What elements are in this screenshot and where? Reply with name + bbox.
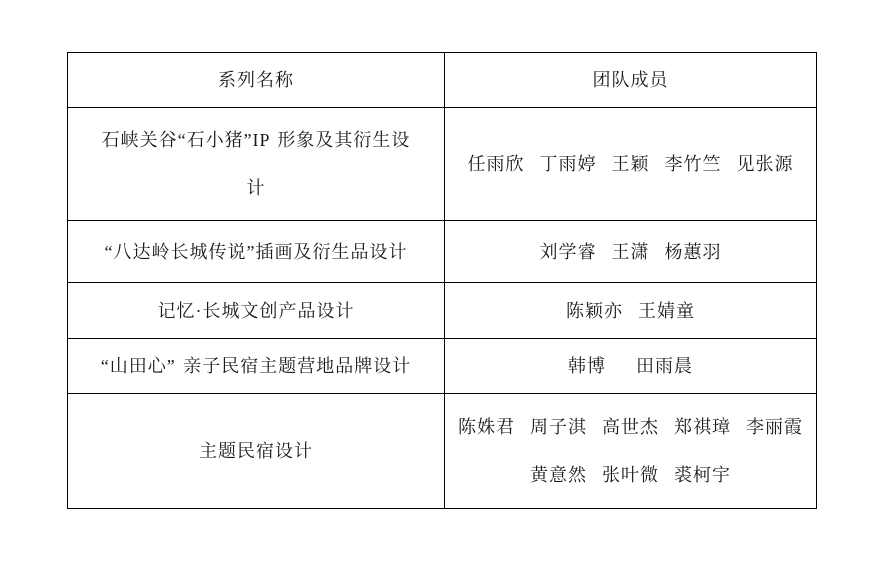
team-members-cell: 任雨欣 丁雨婷 王颖 李竹竺 见张源	[445, 108, 817, 221]
team-members-text: 刘学睿 王潇 杨蕙羽	[449, 241, 812, 263]
team-members-header-text: 团队成员	[449, 69, 812, 91]
series-name-header-text: 系列名称	[72, 69, 440, 91]
table-header-row: 系列名称 团队成员	[68, 53, 817, 108]
table-row: “八达岭长城传说”插画及衍生品设计 刘学睿 王潇 杨蕙羽	[68, 221, 817, 283]
series-name-text: “八达岭长城传说”插画及衍生品设计	[72, 241, 440, 263]
series-name-text: 主题民宿设计	[72, 440, 440, 462]
series-name-cell: “八达岭长城传说”插画及衍生品设计	[68, 221, 445, 283]
team-members-header: 团队成员	[445, 53, 817, 108]
team-members-cell: 陈姝君 周子淇 高世杰 郑祺璋 李丽霞 黄意然 张叶微 裘柯宇	[445, 394, 817, 509]
team-members-text: 黄意然 张叶微 裘柯宇	[449, 464, 812, 486]
table-row: 主题民宿设计 陈姝君 周子淇 高世杰 郑祺璋 李丽霞 黄意然 张叶微 裘柯宇	[68, 394, 817, 509]
team-members-cell: 刘学睿 王潇 杨蕙羽	[445, 221, 817, 283]
series-name-text: 石峡关谷“石小猪”IP 形象及其衍生设	[72, 129, 440, 151]
award-table: 系列名称 团队成员 石峡关谷“石小猪”IP 形象及其衍生设 计 任雨欣 丁雨婷 …	[67, 52, 817, 509]
team-members-text: 韩博 田雨晨	[449, 355, 812, 377]
team-members-text: 陈颖亦 王婧童	[449, 300, 812, 322]
table-row: 石峡关谷“石小猪”IP 形象及其衍生设 计 任雨欣 丁雨婷 王颖 李竹竺 见张源	[68, 108, 817, 221]
series-name-text: “山田心” 亲子民宿主题营地品牌设计	[72, 355, 440, 377]
table-row: “山田心” 亲子民宿主题营地品牌设计 韩博 田雨晨	[68, 339, 817, 394]
series-name-cell: “山田心” 亲子民宿主题营地品牌设计	[68, 339, 445, 394]
series-name-text: 记忆·长城文创产品设计	[72, 300, 440, 322]
table-row: 记忆·长城文创产品设计 陈颖亦 王婧童	[68, 283, 817, 339]
series-name-cell: 主题民宿设计	[68, 394, 445, 509]
series-name-header: 系列名称	[68, 53, 445, 108]
team-members-cell: 陈颖亦 王婧童	[445, 283, 817, 339]
team-members-text: 陈姝君 周子淇 高世杰 郑祺璋 李丽霞	[449, 416, 812, 438]
series-name-cell: 石峡关谷“石小猪”IP 形象及其衍生设 计	[68, 108, 445, 221]
team-members-cell: 韩博 田雨晨	[445, 339, 817, 394]
team-members-text: 任雨欣 丁雨婷 王颖 李竹竺 见张源	[449, 153, 812, 175]
series-name-text: 计	[72, 177, 440, 199]
series-name-cell: 记忆·长城文创产品设计	[68, 283, 445, 339]
document-page: 系列名称 团队成员 石峡关谷“石小猪”IP 形象及其衍生设 计 任雨欣 丁雨婷 …	[67, 52, 817, 509]
